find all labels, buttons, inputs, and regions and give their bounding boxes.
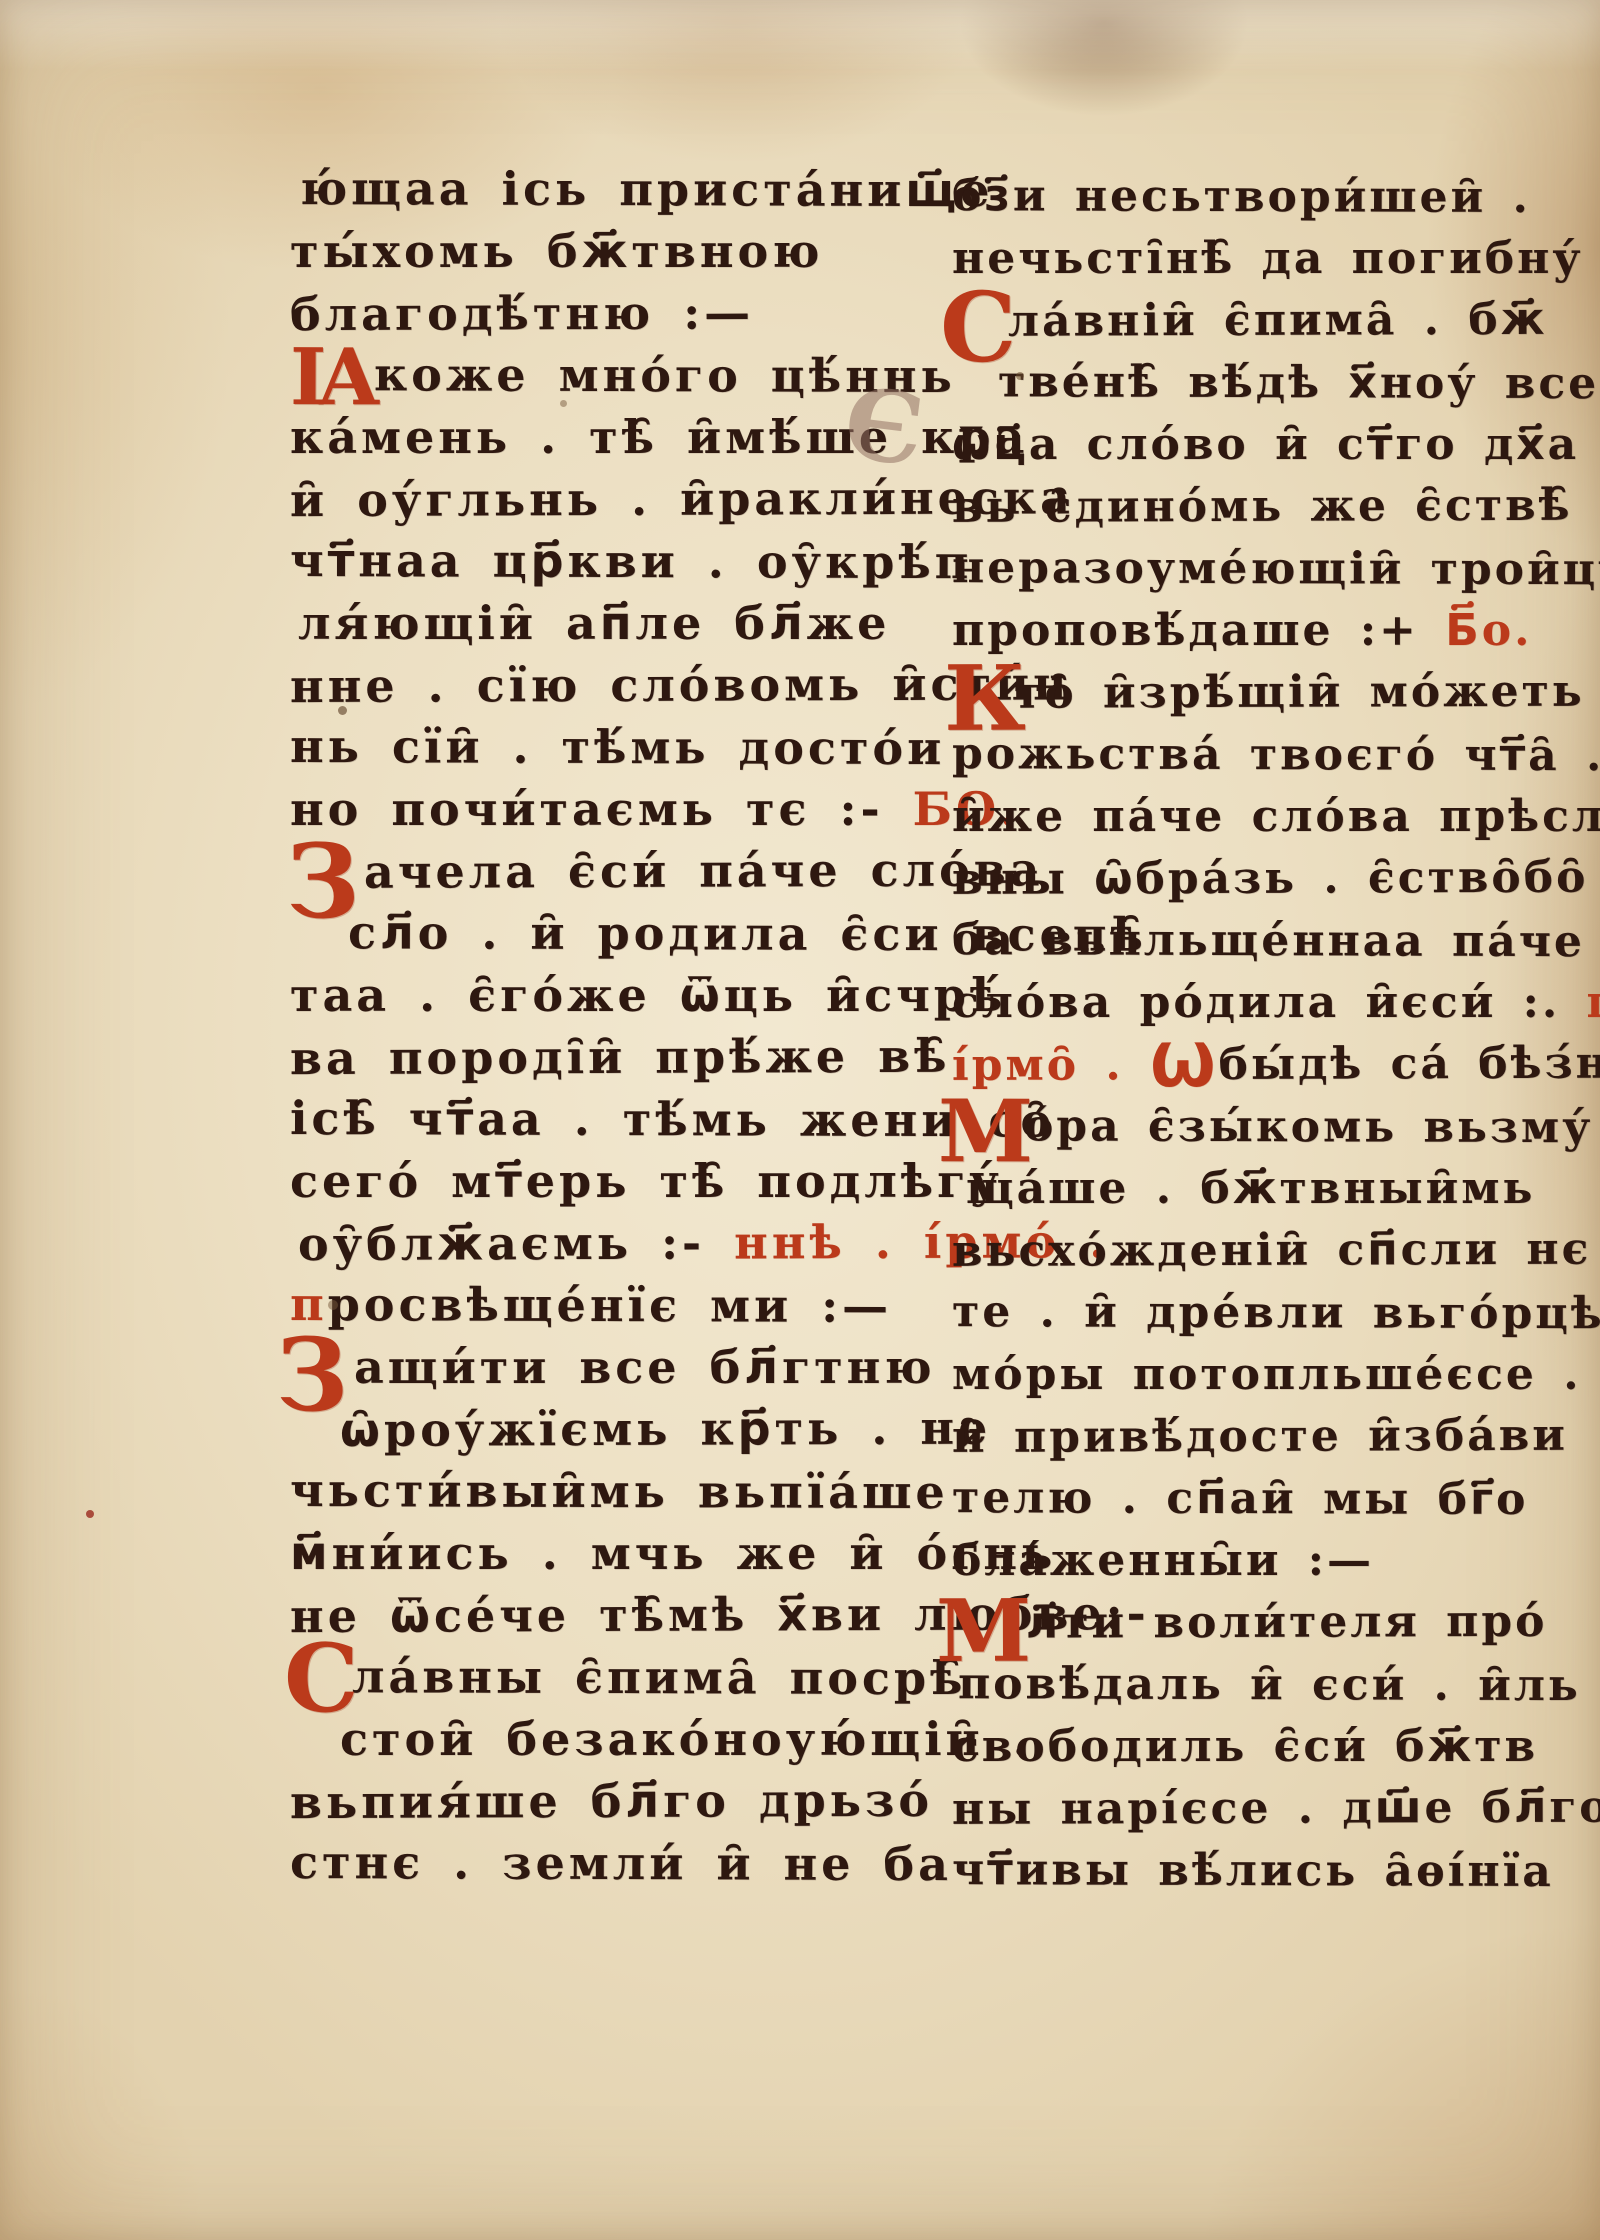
text-line: чт҃ивы вѣ́лись а̑ѳі́нїа [952, 1839, 1472, 1903]
body-text: те . и̑ дре́вли вьго́рцѣ [952, 1286, 1600, 1339]
parchment-speck [560, 400, 567, 407]
body-text: вьсхо́жденіи̑ сп҃сли нє [952, 1224, 1592, 1277]
body-text: бы́дѣ са́ бѣз́на :— [1219, 1037, 1600, 1090]
body-text: мо́ры потопльше́єсе . [952, 1349, 1582, 1400]
body-text: неразоуме́ющіи̑ трои̑цу́ [952, 542, 1600, 595]
body-text: бла́женны̑и :— [952, 1535, 1374, 1586]
text-line: ю́щаа ісь приста́нищ҃е [290, 157, 900, 221]
body-text: оу̑блж҃аємь :- [298, 1216, 734, 1272]
text-line: ва породі̑и̑ прѣ́же вѣ̑ [290, 1025, 900, 1089]
text-line: ѿц҃а сло́во и̑ ст҃го дх҃а . [952, 414, 1472, 476]
text-line: ты́хомь бж҃твною [290, 220, 900, 282]
text-line: Сла́вны є̑пима̑ посрѣ̑ [290, 1645, 900, 1709]
text-line: Зачела є̑си́ па́че сло́ва [290, 839, 900, 903]
text-line: те . и̑ дре́вли вьго́рцѣ [952, 1281, 1472, 1345]
body-text: но почи́таємь тє :- [290, 782, 913, 836]
text-line: ща́ше . бж҃твныи̑мь [952, 1158, 1472, 1220]
body-text: нечьсті̑нѣ̑ да погибну́ [952, 233, 1584, 284]
text-line: мо́ры потопльше́єсе . [952, 1344, 1472, 1406]
body-text: ла́вны є̑пима̑ посрѣ̑ [352, 1649, 967, 1705]
body-text: стнє . земли́ и̑ не ба [290, 1835, 952, 1891]
body-text: сего́ мт҃ерь тѣ̑ подлѣгу́ [290, 1154, 1003, 1208]
text-line: нь сїи̑ . тѣ́мь досто́и [290, 715, 900, 779]
body-text: телю . сп҃аи̑ мы бг҃о [952, 1472, 1529, 1525]
body-text: тве́нѣ̑ вѣ́дѣ х҃ноу́ все . [998, 356, 1600, 409]
body-text: ю́щаа ісь приста́нищ҃е [300, 161, 994, 217]
text-line: стои̑ безако́ноую́щіи̑ . [290, 1708, 900, 1770]
text-line: проповѣ́даше :+ Б҃о. [952, 600, 1472, 662]
text-line: рожьства́ твоєго́ чт҃а̑ . [952, 723, 1472, 787]
rubric-text: Ѡ [1150, 1031, 1219, 1101]
text-line: телю . сп҃аи̑ мы бг҃о [952, 1467, 1472, 1531]
body-text: ща́ше . бж҃твныи̑мь [966, 1163, 1535, 1214]
body-text: ны нарі́єсе . дш҃е бл҃го [952, 1782, 1600, 1835]
body-text: м҃ни́ись . мчь же и̑ о́гнь [290, 1526, 1056, 1580]
text-line: вьпия́ше бл҃го дрьзо́ [290, 1769, 900, 1833]
body-text: рожьства́ твоєго́ чт҃а̑ . [952, 728, 1600, 781]
text-line: но почи́таємь тє :- БО. [290, 778, 900, 840]
parchment-speck [338, 706, 347, 715]
text-line: ѡ̑роу́жїємь кр҃ть . не [290, 1397, 900, 1461]
body-text: то̑ и̑зрѣ́щіи̑ мо́жеть [1014, 666, 1585, 719]
body-text: сло́ва ро́дила и̑єси́ :. [952, 977, 1587, 1028]
body-text: ачела є̑си́ па́че сло́ва [364, 842, 1044, 898]
parchment-speck [1016, 372, 1024, 380]
body-text: чьсти́выи̑мь вьпїа́ше [290, 1463, 949, 1519]
text-line: і́рмо̑ . Ѡбы́дѣ са́ бѣз́на :— [952, 1033, 1472, 1097]
body-text: повѣ́даль и̑ єси́ . и̑ль си [958, 1658, 1600, 1711]
body-text: вьпия́ше бл҃го дрьзо́ [290, 1773, 933, 1829]
body-text: и̑ привѣ́досте и̑зба́ви [952, 1410, 1568, 1463]
text-line: вны ѡ̑бра́зь . є̑ство̑бо̑ [952, 847, 1472, 911]
text-line: ісѣ̑ чт҃аа . тѣ́мь жени со̑ [290, 1087, 900, 1151]
text-line: и̑же па́че сло́ва прѣсла́ [952, 786, 1472, 848]
manuscript-page: Є ю́щаа ісь приста́нищ҃еты́хомь бж҃твною… [0, 0, 1600, 2240]
body-text: ѡ̑роу́жїємь кр҃ть . не [340, 1401, 991, 1457]
body-text: и̑же па́че сло́ва прѣсла́ [952, 791, 1600, 842]
body-text: стои̑ безако́ноую́щіи̑ . [340, 1712, 1033, 1766]
rubric-initial: З [276, 1330, 336, 1420]
text-line: Мл҃ти воли́теля про́ [952, 1591, 1472, 1655]
text-line: вьсхо́жденіи̑ сп҃сли нє [952, 1219, 1472, 1283]
body-text: ля́ющіи̑ ап҃ле бл҃же [298, 596, 890, 650]
body-text: ва породі̑и̑ прѣ́же вѣ̑ [290, 1029, 951, 1085]
body-text: бз҃и несьтвори́шеи̑ . [952, 170, 1531, 223]
text-line: оу̑блж҃аємь :- ннѣ . і́рмо́ . [290, 1211, 900, 1275]
rubric-text: Б҃о. [1445, 605, 1532, 656]
body-text: росвѣще́нїє ми :— [328, 1277, 893, 1333]
rubric-initial: ІА [290, 343, 372, 413]
text-line: неразоуме́ющіи̑ трои̑цу́ [952, 537, 1472, 601]
text-line: не ѿсе́че тѣ̑мѣ х҃ви любве:- [290, 1583, 900, 1647]
text-line: ны нарі́єсе . дш҃е бл҃го [952, 1777, 1472, 1841]
body-text: о́ра є̑зы́комь вьзму́ [1024, 1100, 1594, 1153]
text-line: благодѣ́тню :— [290, 281, 900, 345]
text-line: ка́мень . тѣ̑ и̑мѣ́ше кра [290, 406, 900, 468]
text-line: сего́ мт҃ерь тѣ̑ подлѣгу́ [290, 1150, 900, 1212]
text-line: Кто̑ и̑зрѣ́щіи̑ мо́жеть [952, 661, 1472, 725]
text-line: чт҃наа цр҃кви . оу̑крѣ́п [290, 529, 900, 593]
body-text: ба вьпльще́ннаа па́че [952, 914, 1585, 967]
text-line: таа . є̑го́же ѿць и̑счрѣ́ [290, 964, 900, 1026]
text-line: нечьсті̑нѣ̑ да погибну́ [952, 228, 1472, 290]
text-line: м҃ни́ись . мчь же и̑ о́гнь [290, 1522, 900, 1584]
text-column-right: бз҃и несьтвори́шеи̑ .нечьсті̑нѣ̑ да поги… [952, 166, 1472, 1902]
text-line: просвѣще́нїє ми :— [290, 1273, 900, 1337]
body-text: ла́вніи̑ є̑пима̑ . бж҃ [1008, 294, 1548, 347]
parchment-speck [86, 1510, 94, 1518]
text-line: и̑ оу́гльнь . и̑ракли́неска [290, 467, 900, 531]
body-text: таа . є̑го́же ѿць и̑счрѣ́ [290, 968, 1006, 1022]
body-text: чт҃наа цр҃кви . оу̑крѣ́п [290, 533, 973, 589]
text-line: Защи́ти все бл҃гтню [290, 1336, 900, 1398]
text-line: бла́женны̑и :— [952, 1530, 1472, 1592]
body-text: ащи́ти все бл҃гтню [354, 1340, 936, 1394]
ink-bleedthrough-glyph: Є [838, 366, 929, 490]
text-line: вь є̑дино́мь же є̑ствѣ̑ . [952, 475, 1472, 539]
body-text: вь є̑дино́мь же є̑ствѣ̑ . [952, 480, 1600, 533]
body-text: ты́хомь бж҃твною [290, 224, 823, 278]
text-line: Мо́ра є̑зы́комь вьзму́ [952, 1095, 1472, 1159]
text-line: Сла́вніи̑ є̑пима̑ . бж҃ [952, 289, 1472, 353]
text-line: повѣ́даль и̑ єси́ . и̑ль си [952, 1653, 1472, 1717]
text-line: тве́нѣ̑ вѣ́дѣ х҃ноу́ все . [952, 351, 1472, 415]
text-line: и̑ привѣ́досте и̑зба́ви [952, 1405, 1472, 1469]
text-line: ба вьпльще́ннаа па́че [952, 909, 1472, 973]
parchment-speck [328, 1300, 338, 1310]
text-line: нне . сїю сло́вомь и̑сти́н [290, 653, 900, 717]
body-text: вны ѡ̑бра́зь . є̑ство̑бо̑ [952, 852, 1589, 905]
text-line: ІАкоже мно́го цѣ́ннь [290, 343, 900, 407]
text-line: стнє . земли́ и̑ не ба [290, 1831, 900, 1895]
text-line: сло́ва ро́дила и̑єси́ :. пѣ̑ . ѕ҃ [952, 972, 1472, 1034]
body-text: нь сїи̑ . тѣ́мь досто́и [290, 719, 945, 775]
rubric-text: пѣ̑ . ѕ҃ [1587, 977, 1600, 1028]
body-text: чт҃ивы вѣ́лись а̑ѳі́нїа [952, 1844, 1554, 1897]
text-column-left: ю́щаа ісь приста́нищ҃еты́хомь бж҃твноюбл… [290, 158, 900, 1894]
body-text: ѿц҃а сло́во и̑ ст҃го дх҃а . [952, 419, 1600, 470]
body-text: проповѣ́даше :+ [952, 605, 1445, 656]
text-line: сл҃о . и̑ родила є̑си всепѣ̑ [290, 901, 900, 965]
body-text: свободиль є̑си́ бж҃тв [952, 1721, 1538, 1772]
body-text: л҃ти воли́теля про́ [1026, 1596, 1548, 1649]
text-line: свободиль є̑си́ бж҃тв [952, 1716, 1472, 1778]
text-line: ля́ющіи̑ ап҃ле бл҃же [290, 592, 900, 654]
text-line: чьсти́выи̑мь вьпїа́ше [290, 1459, 900, 1523]
text-line: бз҃и несьтвори́шеи̑ . [952, 165, 1472, 229]
